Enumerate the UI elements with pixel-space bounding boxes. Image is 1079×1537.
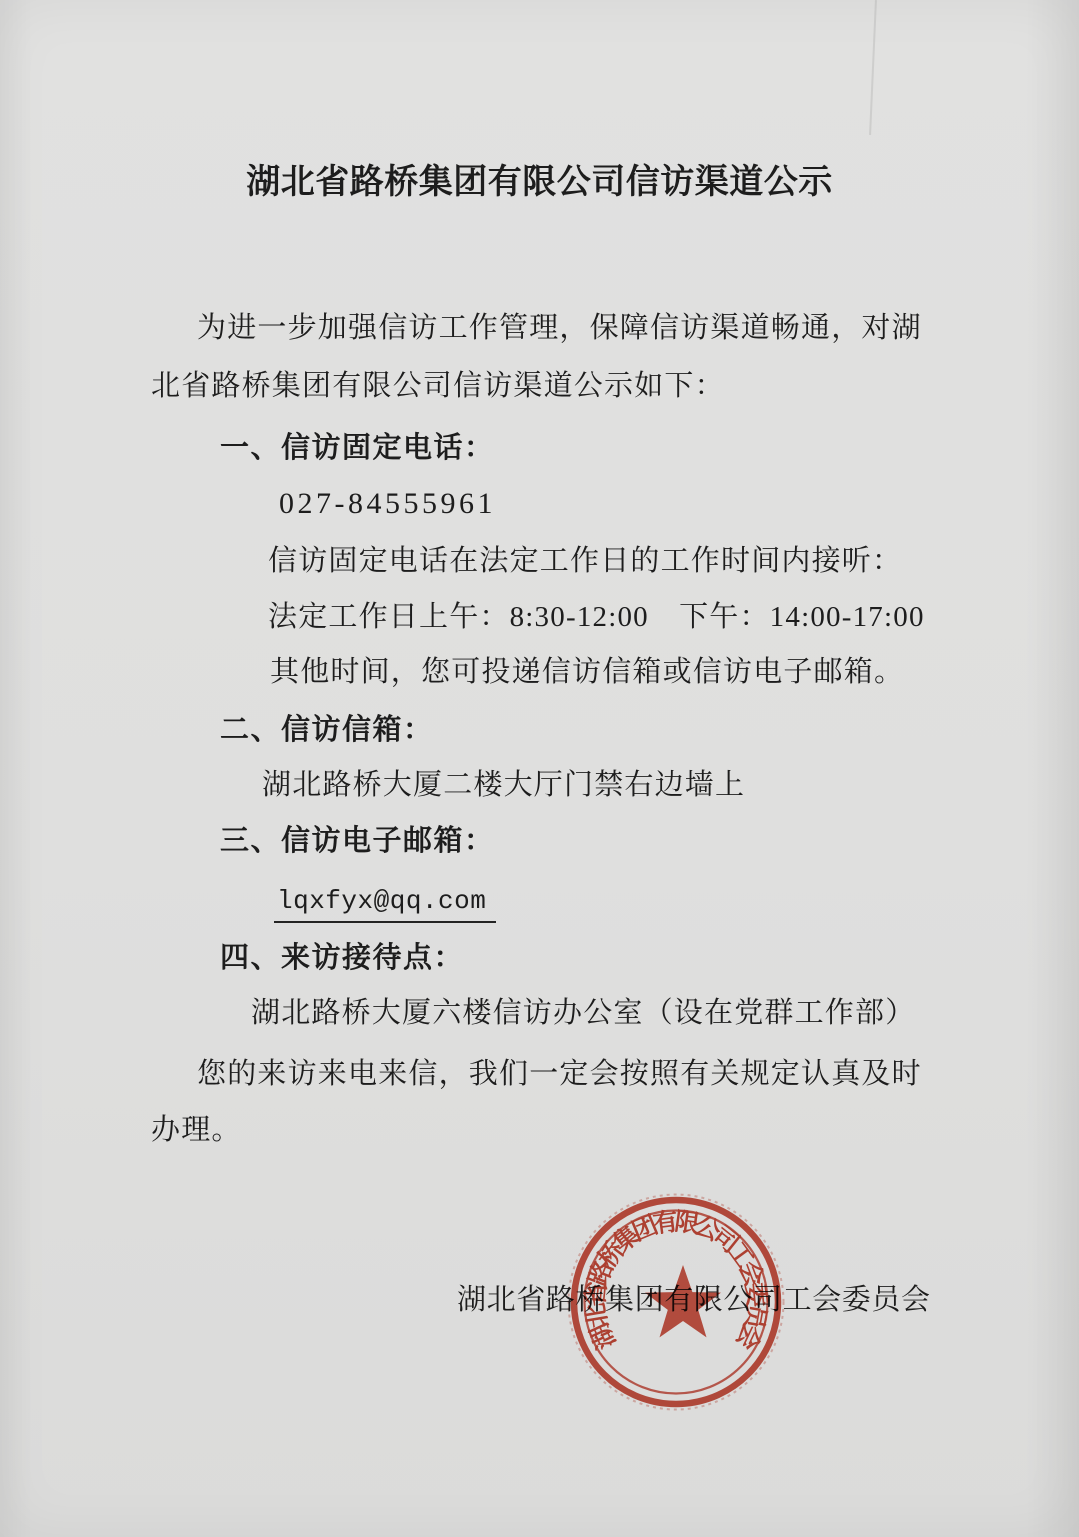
seal-ring-text: 湖北省路桥集团有限公司工会委员会	[581, 1207, 771, 1354]
other-times-note: 其他时间，您可投递信访信箱或信访电子邮箱。	[270, 658, 904, 687]
mailbox-location: 湖北路桥大厦二楼大厅门禁右边墙上	[262, 771, 745, 800]
intro-line-2: 北省路桥集团有限公司信访渠道公示如下：	[151, 372, 725, 401]
intro-line-1: 为进一步加强信访工作管理，保障信访渠道畅通，对湖	[197, 314, 922, 343]
section-1-heading: 一、信访固定电话：	[220, 434, 495, 463]
section-2-heading: 二、信访信箱：	[220, 716, 434, 745]
email-address: lqxfyx@qq.com	[274, 886, 496, 923]
document-title: 湖北省路桥集团有限公司信访渠道公示	[0, 166, 1079, 200]
official-seal: 湖北省路桥集团有限公司工会委员会	[566, 1192, 786, 1412]
scan-crease-artifact	[869, 0, 877, 135]
phone-number: 027-84555961	[279, 489, 496, 519]
work-hours: 法定工作日上午：8:30-12:00 下午：14:00-17:00	[268, 603, 925, 632]
seal-ring-text-holder: 湖北省路桥集团有限公司工会委员会	[581, 1207, 771, 1354]
scanned-document-page: 湖北省路桥集团有限公司信访渠道公示 为进一步加强信访工作管理，保障信访渠道畅通，…	[0, 0, 1079, 1537]
visit-location: 湖北路桥大厦六楼信访办公室（设在党群工作部）	[251, 999, 915, 1028]
seal-star-icon	[645, 1265, 721, 1337]
section-4-heading: 四、来访接待点：	[220, 944, 464, 973]
email-address-wrap: lqxfyx@qq.com	[274, 885, 496, 914]
section-3-heading: 三、信访电子邮箱：	[220, 827, 495, 856]
phone-hours-note: 信访固定电话在法定工作日的工作时间内接听：	[268, 547, 902, 576]
closing-line-1: 您的来访来电来信，我们一定会按照有关规定认真及时	[197, 1060, 922, 1089]
closing-line-2: 办理。	[151, 1116, 242, 1145]
